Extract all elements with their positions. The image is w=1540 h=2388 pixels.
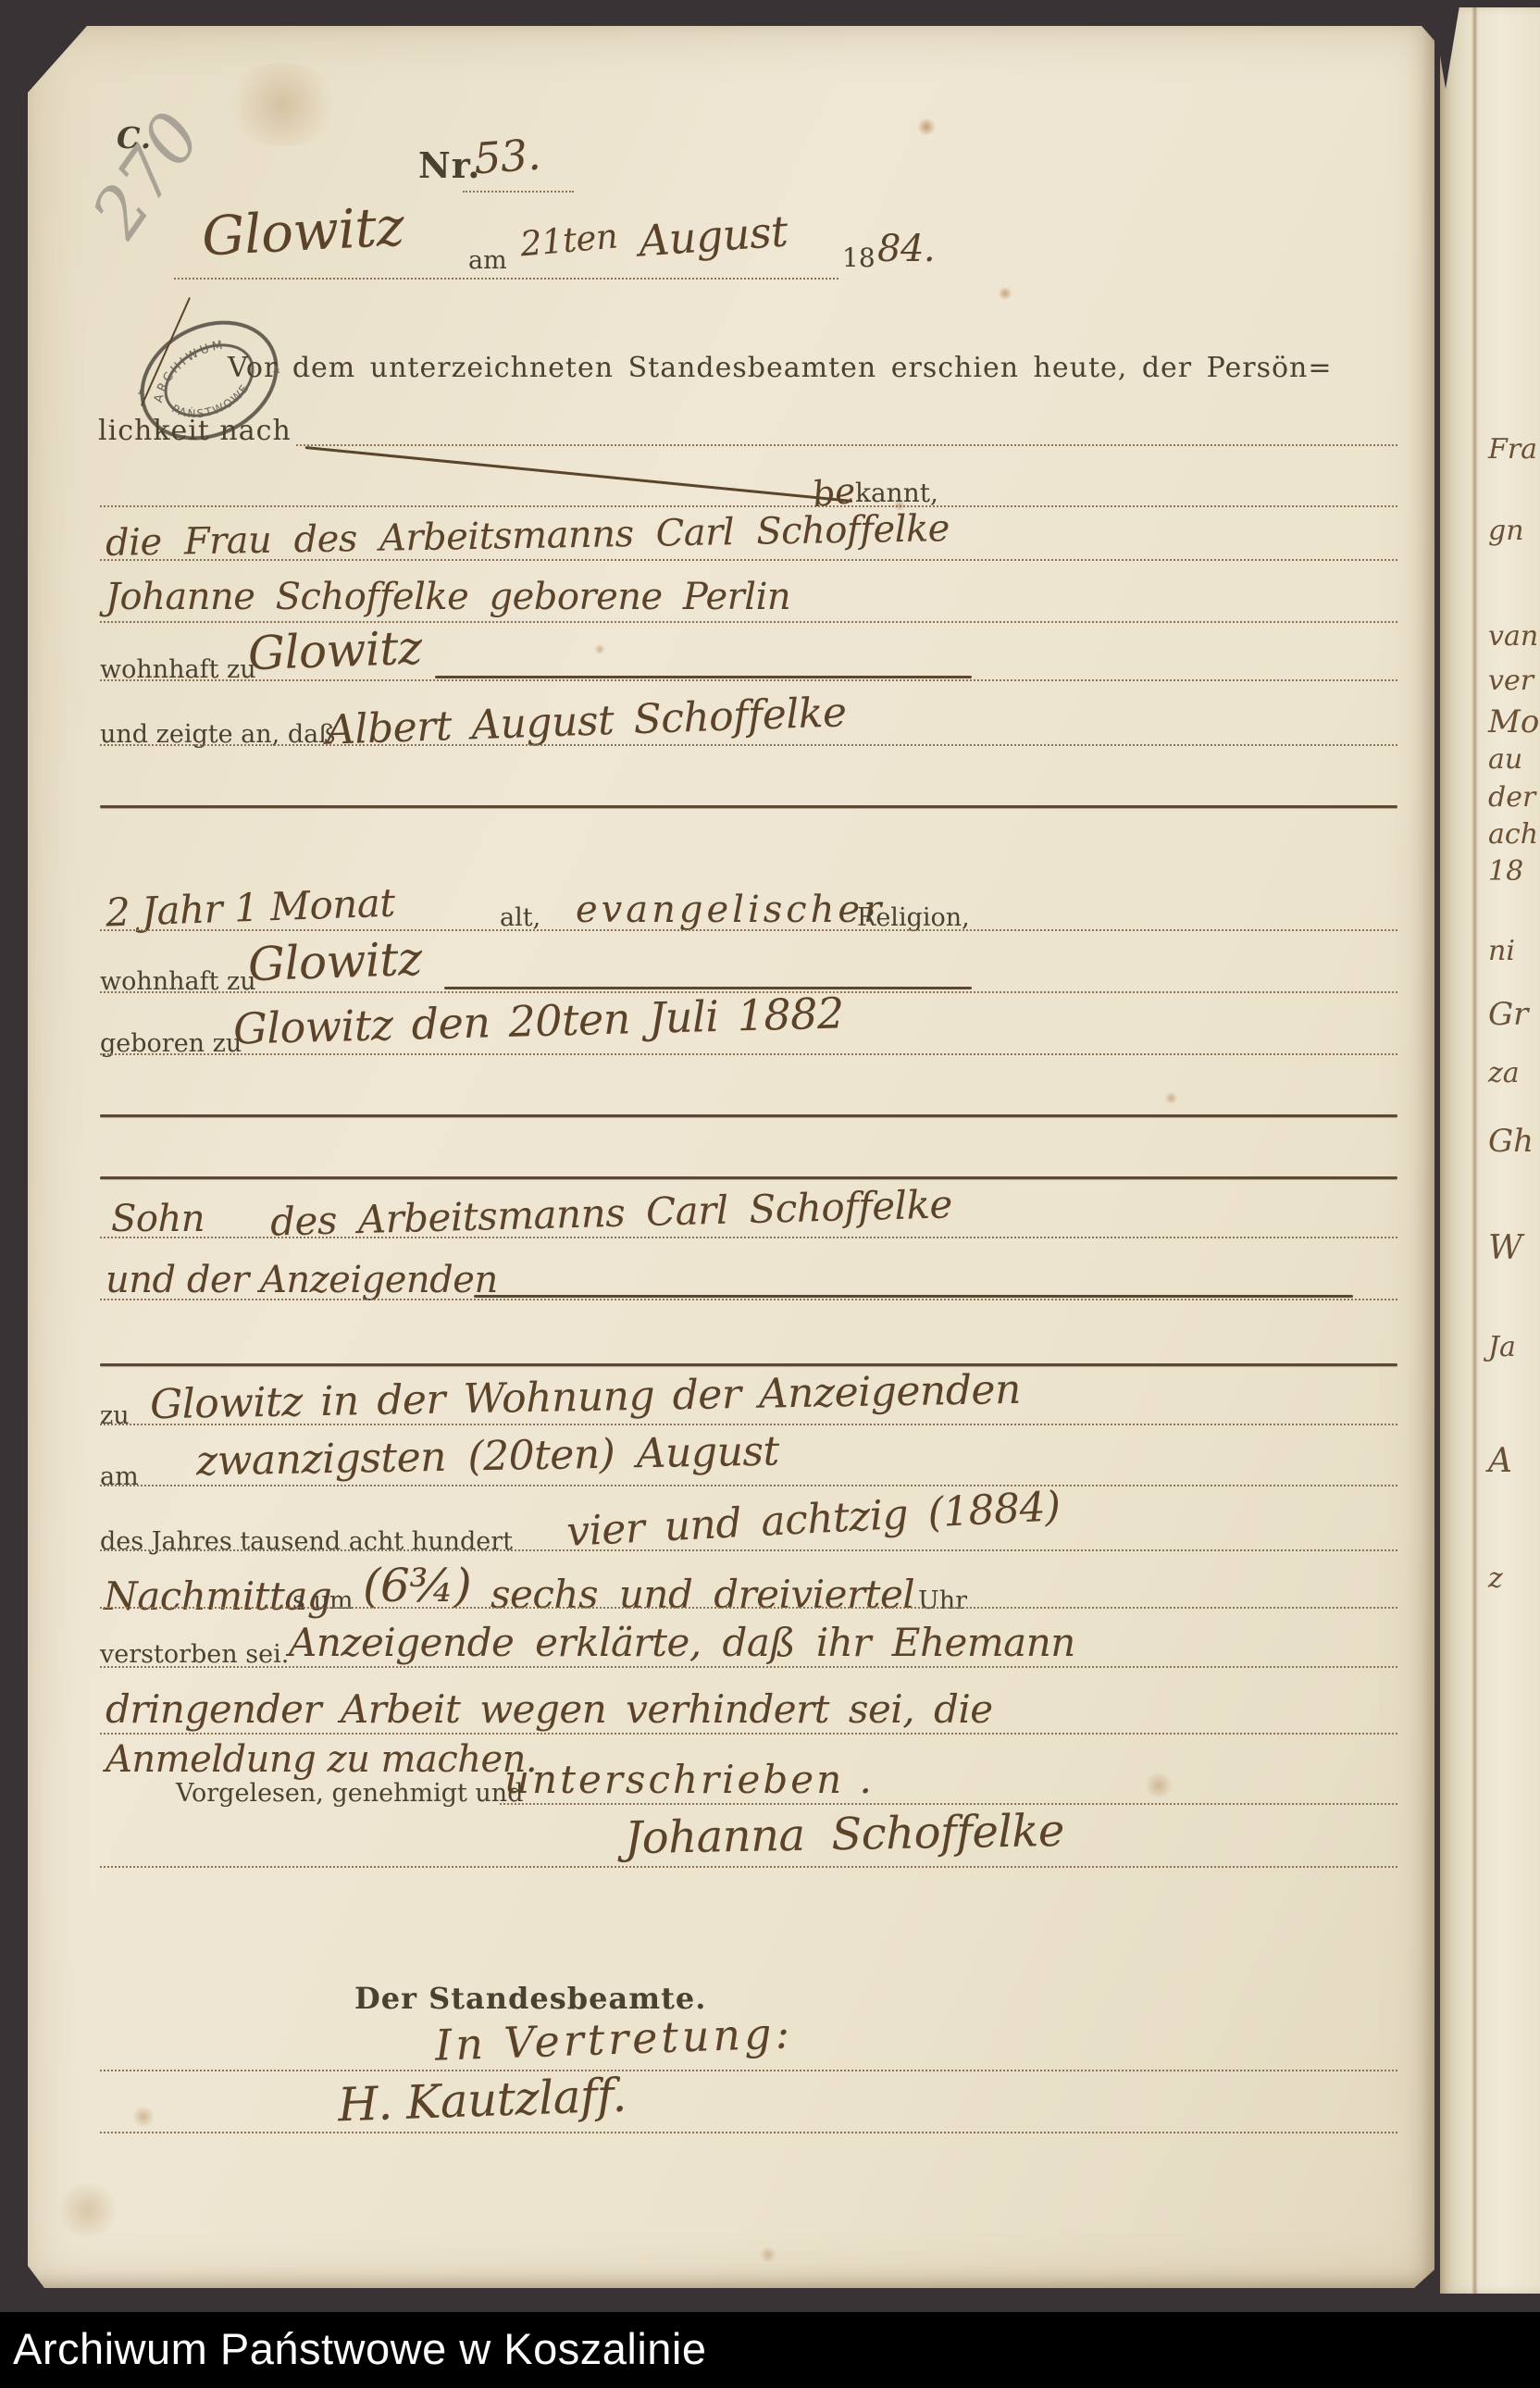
death-place: Glowitz in der Wohnung der Anzeigenden — [150, 1366, 1022, 1428]
time-handwritten-3: sechs und dreiviertel — [491, 1572, 914, 1617]
next-page-fragment: der — [1488, 781, 1535, 814]
time-handwritten-2: (6¾) — [363, 1559, 471, 1612]
paper-stain — [759, 2247, 777, 2262]
next-page-fragment: Gh — [1488, 1123, 1534, 1160]
stamp-arc-top-text: ARCHIWUM — [139, 332, 239, 409]
filiation-word: Sohn — [111, 1198, 205, 1240]
cancellation-stroke — [305, 446, 852, 503]
dotted-line — [100, 1549, 1397, 1551]
pencil-number: 270 — [77, 98, 217, 251]
section-divider — [100, 1363, 1397, 1366]
paper-stain — [131, 2107, 155, 2127]
dotted-line — [100, 1666, 1397, 1668]
declarant-signature: Johanna Schoffelke — [625, 1805, 1065, 1864]
official-title: Der Standesbeamte. — [354, 1981, 706, 2016]
scanned-archive-document: { "archive_bar": { "label": "Archiwum Pa… — [0, 0, 1540, 2388]
page-gap-notch — [1431, 0, 1460, 89]
remark-line2: dringender Arbeit wegen verhindert sei, … — [106, 1686, 993, 1732]
next-page-fragment: ach — [1488, 818, 1538, 851]
vorgelesen-printed: Vorgelesen, genehmigt und — [176, 1779, 523, 1808]
dotted-line — [500, 1803, 1397, 1805]
dateline-place: Glowitz — [200, 194, 405, 267]
geboren-value: Glowitz den 20ten Juli 1882 — [232, 988, 844, 1053]
next-page-fragment: au — [1488, 743, 1522, 776]
unterschrieben-handwritten: unterschrieben . — [504, 1757, 875, 1802]
dotted-line — [100, 1866, 1397, 1868]
paper-stain — [1143, 1773, 1174, 1797]
record-number-label: Nr. — [418, 144, 481, 186]
declarant-line2: Johanne Schoffelke geborene Perlin — [106, 576, 790, 618]
next-page-fragment: Mor — [1488, 703, 1540, 740]
dotted-line — [100, 1299, 1397, 1300]
dotted-line — [463, 191, 574, 193]
wohnhaft2-value: Glowitz — [247, 932, 423, 992]
next-page-fragment: z — [1488, 1562, 1503, 1595]
section-divider — [100, 805, 1397, 808]
section-divider — [100, 1176, 1397, 1179]
dotted-line — [100, 1053, 1397, 1055]
death-year-label: des Jahres tausend acht hundert — [100, 1527, 513, 1556]
handwritten-dash — [444, 987, 972, 989]
next-page-fragment: Ja — [1488, 1331, 1516, 1363]
filiation-line2: und der Anzeigenden — [106, 1259, 498, 1301]
dotted-line — [100, 1733, 1397, 1735]
handwritten-dash — [474, 1295, 1353, 1298]
dotted-line — [296, 444, 1397, 446]
remark-line3: Anmeldung zu machen. — [106, 1738, 537, 1781]
next-page-fragment: Fra — [1488, 433, 1537, 466]
dotted-line — [100, 559, 1397, 561]
death-day: zwanzigsten (20ten) August — [196, 1428, 779, 1486]
next-page-fragment: Gr — [1488, 996, 1528, 1033]
alt-printed: alt, — [500, 903, 540, 932]
time-printed-1: s um — [292, 1586, 353, 1615]
dateline-am-label: am — [468, 246, 507, 275]
dateline-year-handwritten: 84. — [877, 228, 935, 270]
dateline-month: August — [637, 205, 789, 266]
official-signature: H. Kautzlaff. — [337, 2069, 627, 2133]
declarant-line1: die Frau des Arbeitsmanns Carl Schoffelk… — [106, 507, 950, 565]
dotted-line — [100, 2132, 1397, 2133]
age-handwritten: 2 Jahr 1 Monat — [105, 880, 395, 936]
next-page-fragment: A — [1488, 1442, 1512, 1480]
verstorben-printed: verstorben sei. — [100, 1640, 289, 1669]
facing-page-edge: Fra gn van ver Mor au der ach 18 ni Gr z… — [1440, 7, 1540, 2294]
document-page: C. 270 Nr. 53. Glowitz am 21ten August 1… — [28, 26, 1434, 2288]
wohnhaft1-value: Glowitz — [247, 621, 423, 681]
dotted-line — [100, 929, 1397, 931]
dotted-line — [174, 278, 838, 280]
death-zu-label: zu — [100, 1401, 130, 1430]
dotted-line — [100, 505, 1397, 507]
paper-stain — [998, 287, 1012, 300]
paper-stain — [56, 2183, 120, 2238]
dotted-line — [100, 2070, 1397, 2071]
next-page-fragment: 18 — [1488, 855, 1523, 888]
page-crease — [1472, 7, 1478, 2294]
death-year-handwritten: vier und achtzig (1884) — [565, 1483, 1062, 1556]
dotted-line — [100, 621, 1397, 623]
dotted-line — [100, 1424, 1397, 1425]
remark-line1: Anzeigende erklärte, daß ihr Ehemann — [289, 1620, 1075, 1665]
death-am-label: am — [100, 1462, 139, 1491]
dotted-line — [100, 744, 1397, 746]
dotted-line — [100, 679, 1397, 681]
filiation-rest: des Arbeitsmanns Carl Schoffelke — [269, 1181, 952, 1244]
intro-line1: Vor dem unterzeichneten Standesbeamten e… — [228, 352, 1333, 384]
time-printed-2: Uhr — [918, 1586, 967, 1615]
dotted-line — [100, 1237, 1397, 1238]
svg-text:ARCHIWUM: ARCHIWUM — [139, 332, 239, 409]
paper-stain — [594, 644, 605, 654]
paper-stain — [916, 118, 937, 135]
dateline-year-printed: 18 — [842, 243, 876, 273]
dotted-line — [100, 1485, 1397, 1486]
next-page-fragment: za — [1488, 1057, 1520, 1089]
next-page-fragment: gn — [1488, 515, 1524, 547]
archive-caption-bar: Archiwum Państwowe w Koszalinie — [0, 2312, 1540, 2388]
next-page-fragment: van — [1488, 620, 1538, 653]
paper-stain — [222, 63, 342, 146]
record-number-value: 53. — [472, 130, 541, 184]
handwritten-dash — [435, 676, 972, 678]
dateline-day: 21ten — [518, 216, 619, 264]
official-deputy: In Vertretung: — [434, 2008, 794, 2070]
next-page-fragment: W — [1488, 1229, 1522, 1267]
next-page-fragment: ni — [1488, 935, 1515, 967]
religion-handwritten: evangelischer — [576, 889, 885, 931]
next-page-fragment: ver — [1488, 665, 1534, 697]
section-divider — [100, 1114, 1397, 1117]
religion-printed: Religion, — [857, 903, 970, 932]
archive-caption-text: Archiwum Państwowe w Koszalinie — [13, 2323, 707, 2374]
paper-stain — [1164, 1092, 1178, 1104]
dotted-line — [100, 1607, 1397, 1609]
intro-line2: lichkeit nach — [98, 415, 292, 447]
bekannt-printed: kannt, — [855, 478, 938, 508]
